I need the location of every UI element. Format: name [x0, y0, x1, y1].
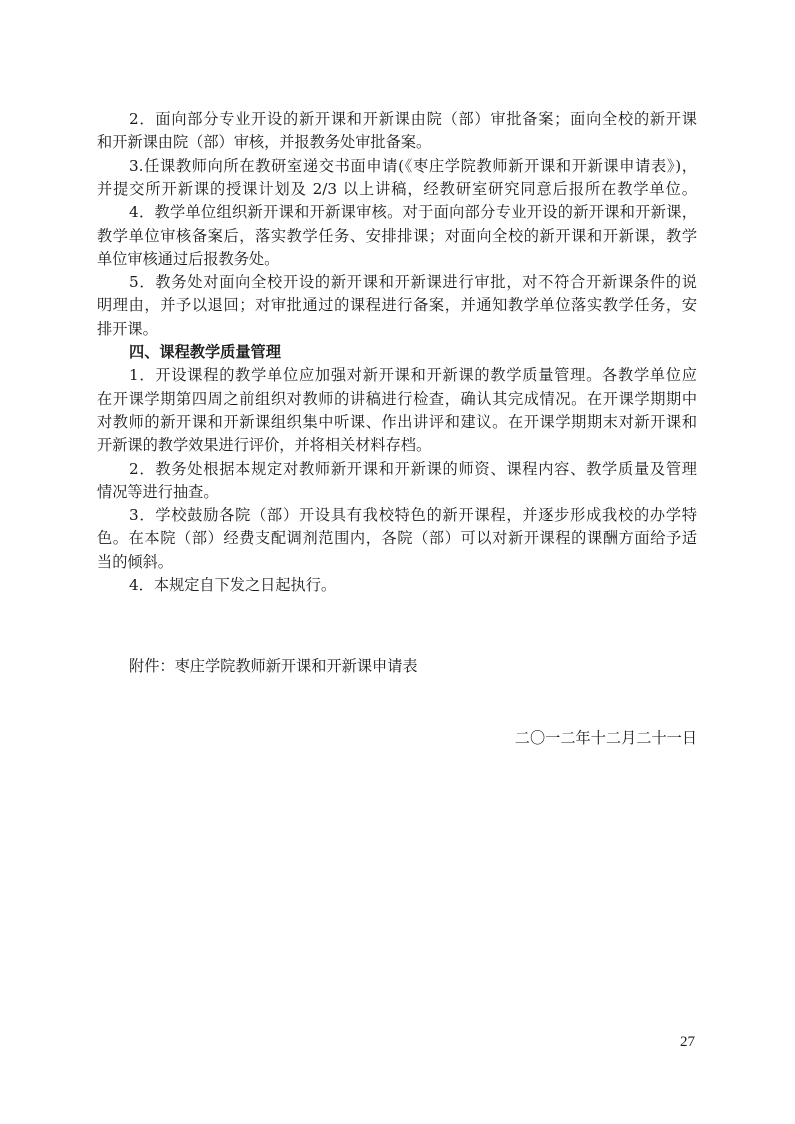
- paragraph-line: 教学单位审核备案后，落实教学任务、安排排课；对面向全校的新开课和开新课，教学: [97, 225, 697, 248]
- paragraph-line: 对教师的新开课和开新课组织集中听课、作出讲评和建议。在开课学期期末对新开课和: [97, 411, 697, 434]
- paragraph-line: 明理由，并予以退回；对审批通过的课程进行备案，并通知教学单位落实教学任务，安: [97, 294, 697, 317]
- paragraph-line: 情况等进行抽查。: [97, 481, 219, 504]
- paragraph-line: 2．教务处根据本规定对教师新开课和开新课的师资、课程内容、教学质量及管理: [129, 458, 697, 481]
- attachment-note: 附件：枣庄学院教师新开课和开新课申请表: [129, 655, 418, 678]
- page-number: 27: [680, 1034, 695, 1051]
- paragraph-line: 排开课。: [97, 318, 158, 341]
- paragraph-line: 色。在本院（部）经费支配调剂范围内，各院（部）可以对新开课程的课酬方面给予适: [97, 527, 697, 550]
- paragraph-line: 1．开设课程的教学单位应加强对新开课和开新课的教学质量管理。各教学单位应: [129, 364, 697, 387]
- section-heading: 四、课程教学质量管理: [129, 341, 281, 364]
- paragraph-line: 并提交所开新课的授课计划及 2/3 以上讲稿，经教研室研究同意后报所在教学单位。: [97, 178, 697, 201]
- paragraph-line: 4．教学单位组织新开课和开新课审核。对于面向部分专业开设的新开课和开新课，: [129, 201, 697, 224]
- paragraph-line: 开新课的教学效果进行评价，并将相关材料存档。: [97, 434, 431, 457]
- paragraph-line: 在开课学期第四周之前组织对教师的讲稿进行检查，确认其完成情况。在开课学期期中: [97, 388, 697, 411]
- paragraph-line: 4．本规定自下发之日起执行。: [129, 574, 336, 597]
- paragraph-line: 5．教务处对面向全校开设的新开课和开新课进行审批，对不符合开新课条件的说: [129, 271, 697, 294]
- paragraph-line: 3．学校鼓励各院（部）开设具有我校特色的新开课程，并逐步形成我校的办学特: [129, 504, 697, 527]
- paragraph-line: 单位审核通过后报教务处。: [97, 248, 279, 271]
- paragraph-line: 和开新课由院（部）审核，并报教务处审批备案。: [97, 131, 431, 154]
- paragraph-line: 当的倾斜。: [97, 551, 173, 574]
- paragraph-line: 2．面向部分专业开设的新开课和开新课由院（部）审批备案；面向全校的新开课: [129, 108, 697, 131]
- paragraph-line: 3.任课教师向所在教研室递交书面申请(《枣庄学院教师新开课和开新课申请表》)，: [129, 155, 697, 178]
- document-date: 二〇一二年十二月二十一日: [515, 727, 697, 748]
